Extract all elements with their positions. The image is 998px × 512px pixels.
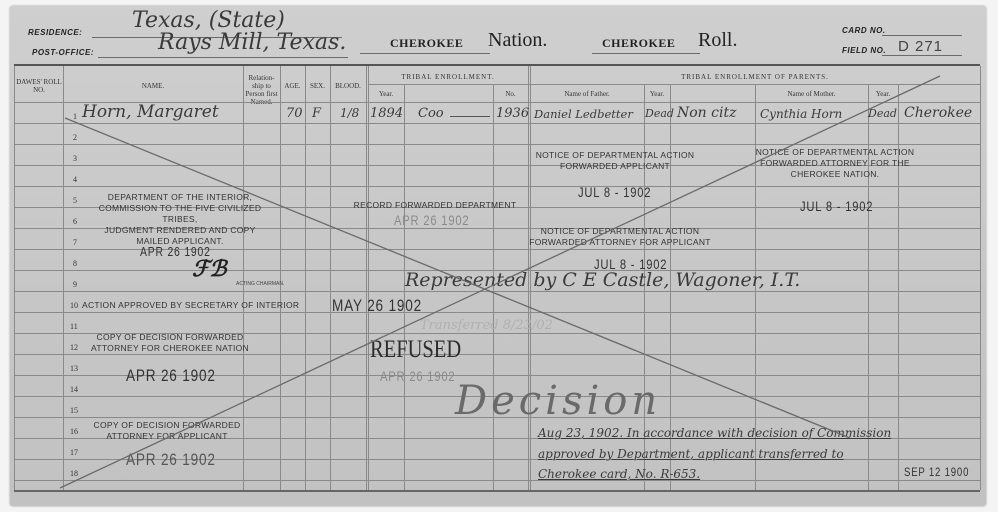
census-card: RESIDENCE: Texas, (State) POST-OFFICE: R… (10, 6, 986, 506)
cross-out-mark (10, 6, 986, 506)
